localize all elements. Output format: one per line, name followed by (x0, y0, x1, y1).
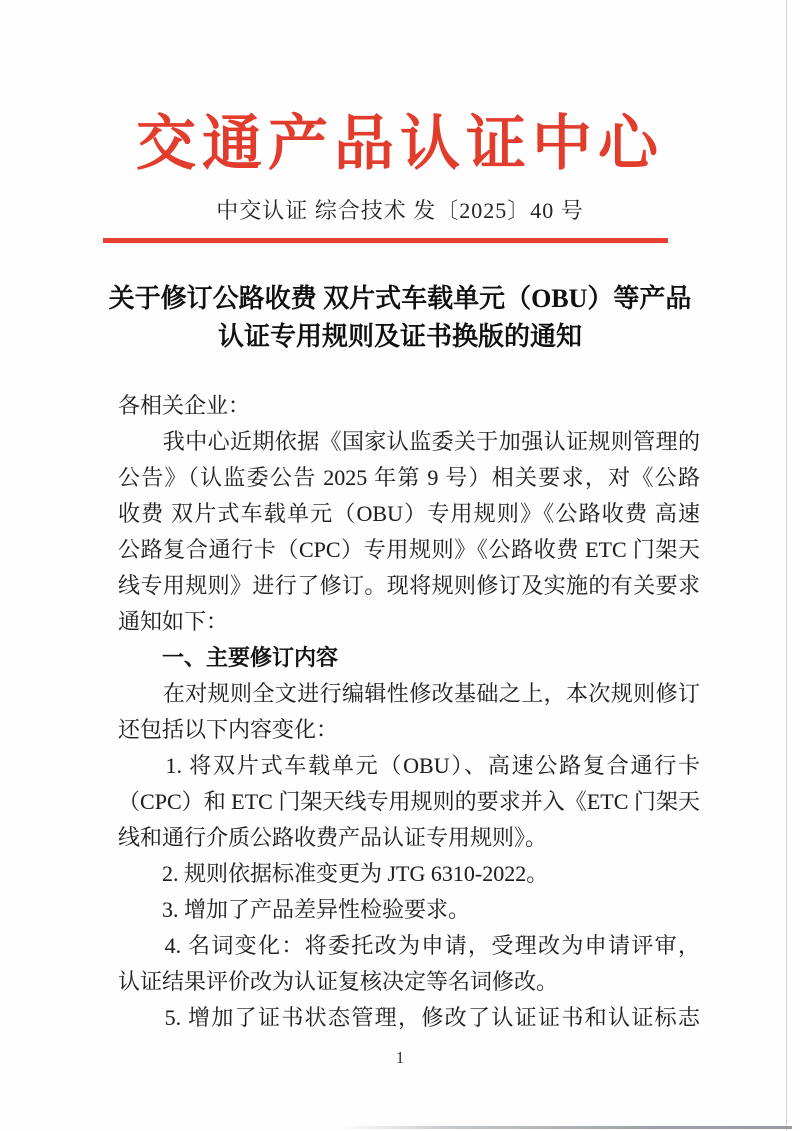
issuer-title: 交通产品认证中心 (0, 96, 800, 182)
body-line: 各相关企业： (118, 388, 700, 424)
body-line: 4. 名词变化：将委托改为申请，受理改为申请评审， (118, 928, 700, 964)
body-line: 线和通行介质公路收费产品认证专用规则》。 (118, 820, 700, 856)
red-divider-rule (103, 238, 668, 243)
notice-title: 关于修订公路收费 双片式车载单元（OBU）等产品 认证专用规则及证书换版的通知 (0, 280, 800, 356)
body-line: 公路复合通行卡（CPC）专用规则》《公路收费 ETC 门架天 (118, 532, 700, 568)
document-body: 各相关企业： 我中心近期依据《国家认监委关于加强认证规则管理的公告》（认监委公告… (118, 388, 700, 1036)
body-line: 通知如下： (118, 604, 700, 640)
body-line: 公告》（认监委公告 2025 年第 9 号）相关要求，对《公路 (118, 460, 700, 496)
scan-page-edge-bottom (340, 1126, 792, 1129)
body-line: 我中心近期依据《国家认监委关于加强认证规则管理的 (118, 424, 700, 460)
body-line: （CPC）和 ETC 门架天线专用规则的要求并入《ETC 门架天 (118, 784, 700, 820)
notice-title-line-2: 认证专用规则及证书换版的通知 (0, 318, 800, 356)
body-line: 还包括以下内容变化： (118, 712, 700, 748)
body-line: 一、主要修订内容 (118, 640, 700, 676)
scan-page-edge-right (786, 0, 787, 1131)
body-line: 1. 将双片式车载单元（OBU）、高速公路复合通行卡 (118, 748, 700, 784)
notice-title-line-1: 关于修订公路收费 双片式车载单元（OBU）等产品 (0, 280, 800, 318)
body-line: 收费 双片式车载单元（OBU）专用规则》《公路收费 高速 (118, 496, 700, 532)
body-line: 2. 规则依据标准变更为 JTG 6310-2022。 (118, 856, 700, 892)
body-line: 认证结果评价改为认证复核决定等名词修改。 (118, 964, 700, 1000)
page-number: 1 (0, 1048, 800, 1068)
body-line: 在对规则全文进行编辑性修改基础之上，本次规则修订 (118, 676, 700, 712)
body-line: 5. 增加了证书状态管理，修改了认证证书和认证标志 (118, 1000, 700, 1036)
document-number: 中交认证 综合技术 发〔2025〕40 号 (0, 194, 800, 225)
scanned-document-page: 交通产品认证中心 中交认证 综合技术 发〔2025〕40 号 关于修订公路收费 … (0, 0, 800, 1131)
body-line: 线专用规则》进行了修订。现将规则修订及实施的有关要求 (118, 568, 700, 604)
body-line: 3. 增加了产品差异性检验要求。 (118, 892, 700, 928)
